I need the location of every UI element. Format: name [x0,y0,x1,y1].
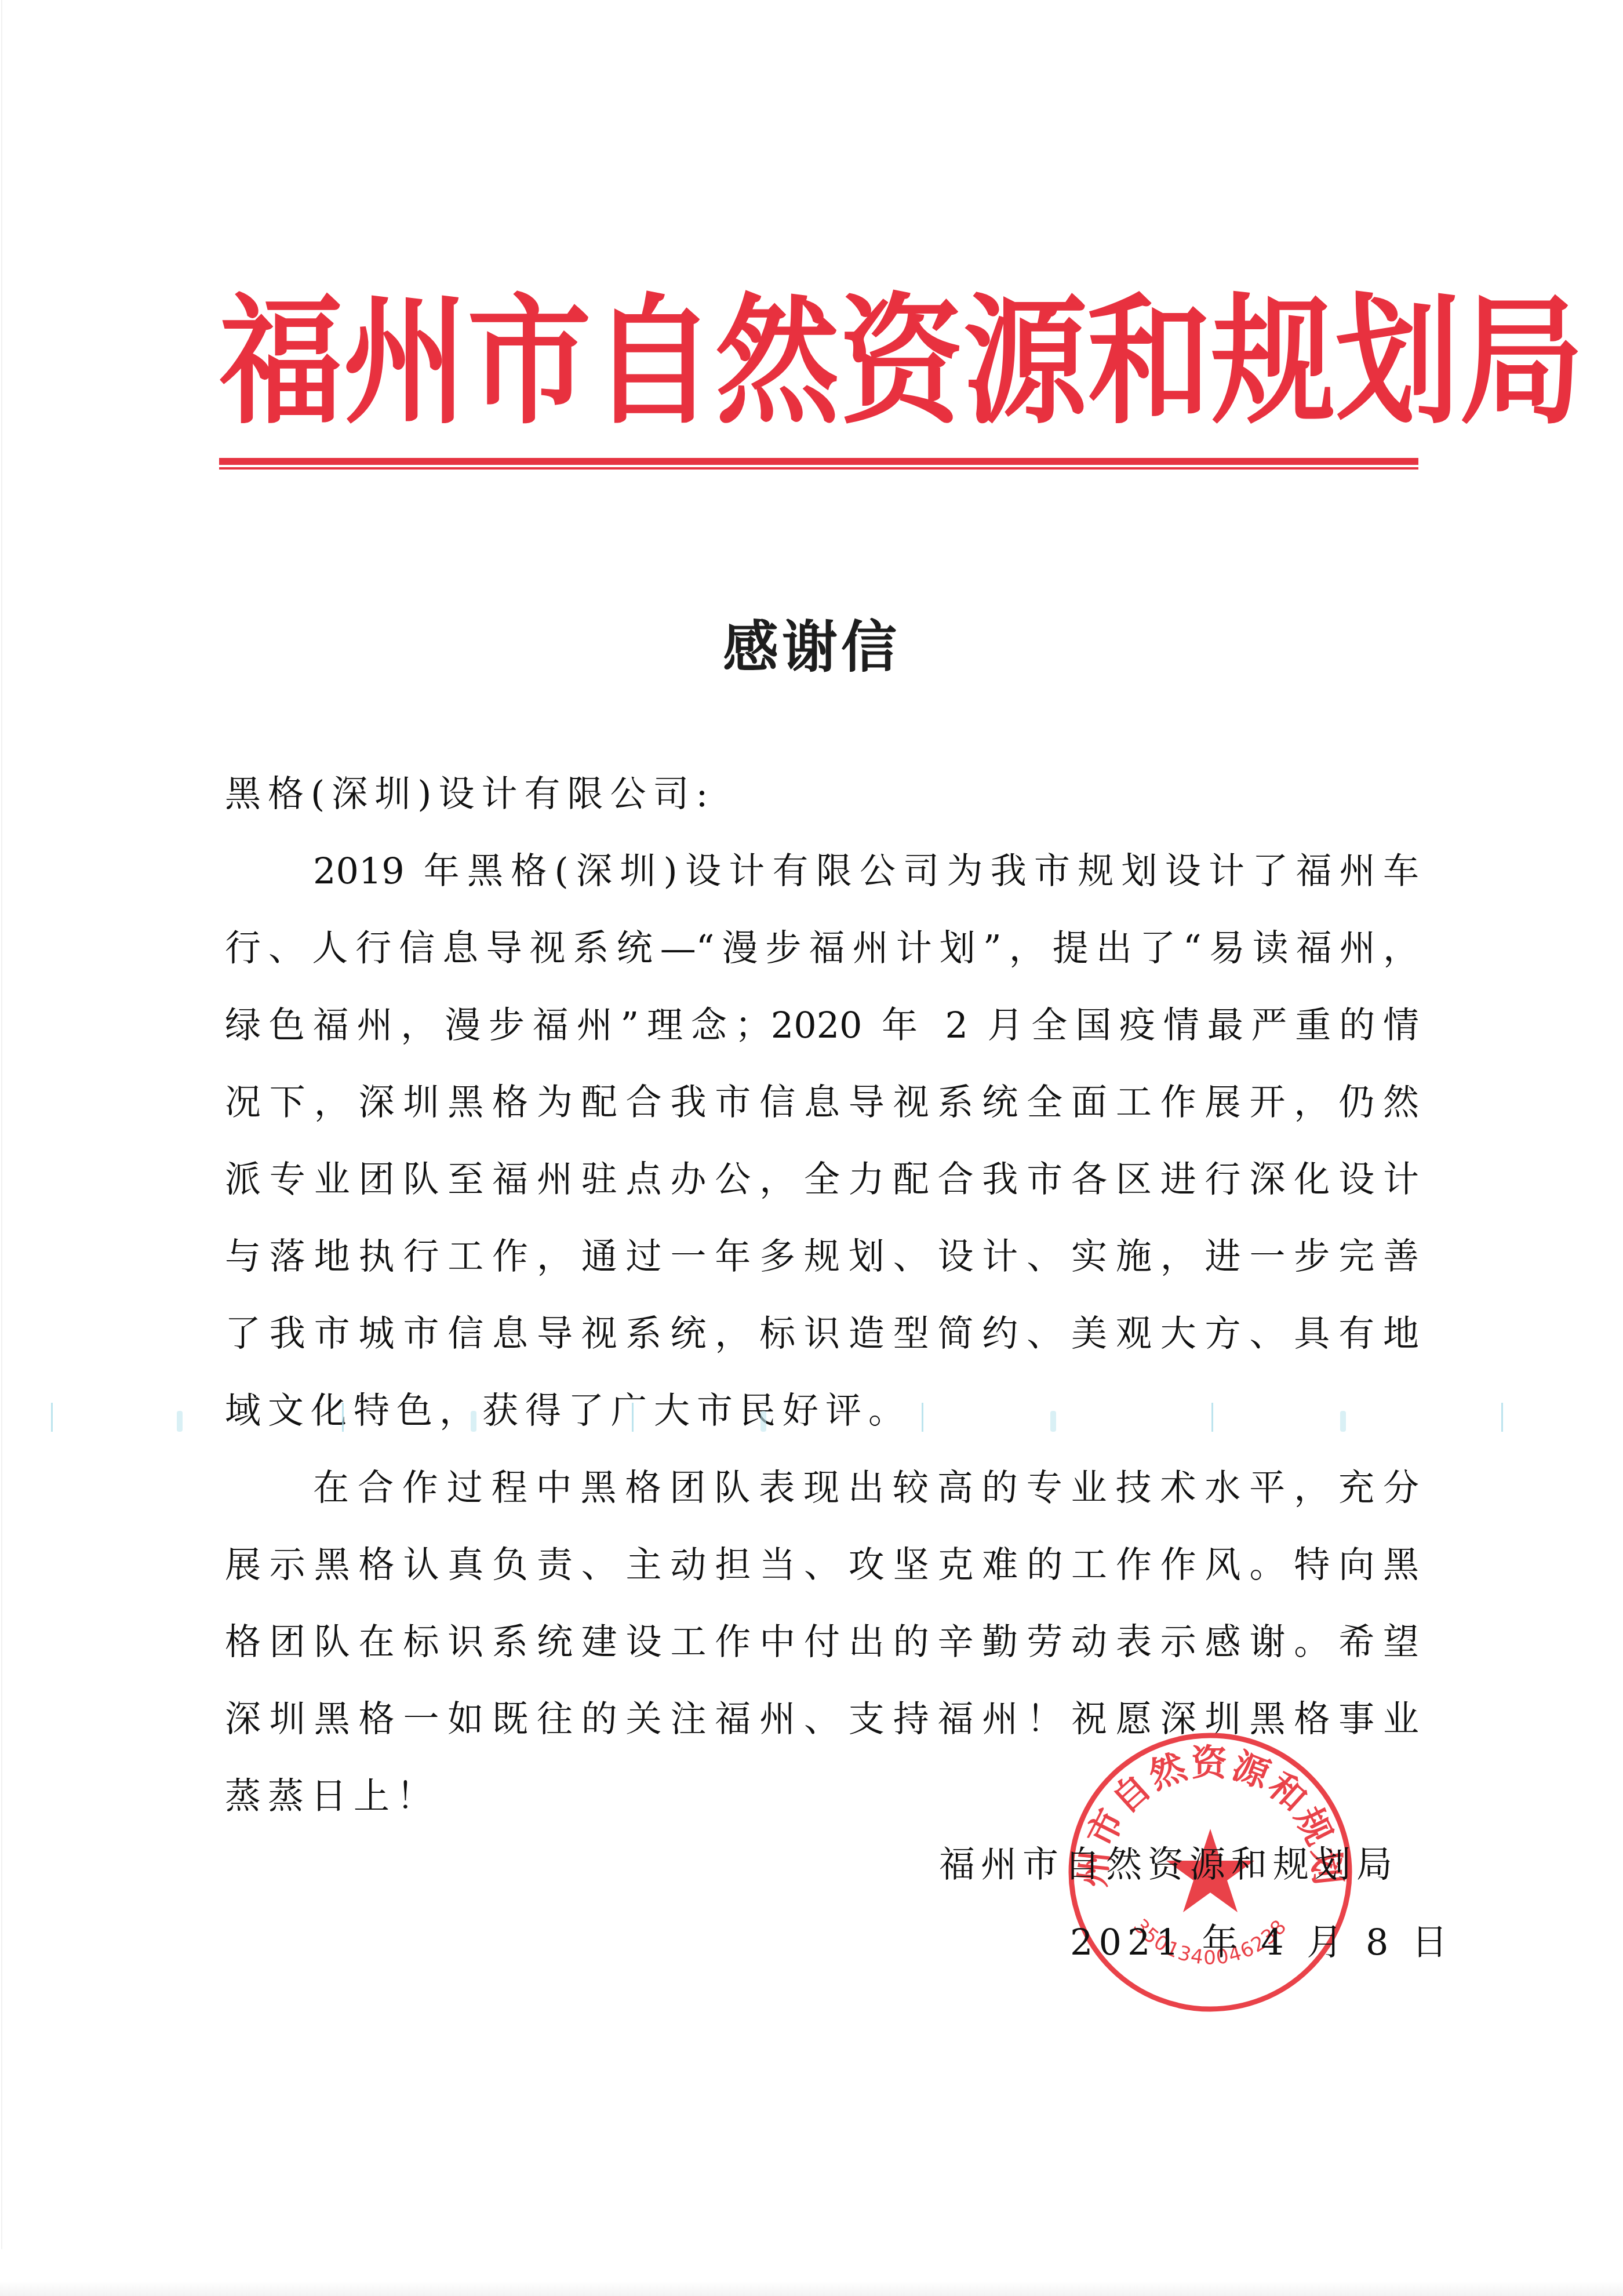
letterhead-char: 局 [1460,293,1584,432]
body-line: 蒸蒸日上！ [225,1776,439,1817]
salutation: 黑格(深圳)设计有限公司: [225,774,715,814]
body-line: 了我市城市信息导视系统，标识造型简约、美观大方、具有地 [225,1313,1419,1354]
letter-page: 福 州 市 自 然 资 源 和 规 划 局 感谢信 黑格(深圳)设计有限公司: … [0,0,1623,2296]
letterhead-rule-thin [219,467,1418,470]
body-line: 2019 年黑格(深圳)设计有限公司为我市规划设计了福州车 [313,851,1419,892]
signature-org: 福州市自然资源和规划局 [939,1844,1398,1885]
letterhead-char: 市 [467,293,591,432]
letterhead-char: 州 [343,293,467,432]
letterhead-rule-thick [219,458,1418,465]
letterhead-char: 和 [1087,293,1211,432]
letter-title: 感谢信 [0,603,1623,682]
scan-edge [1,0,2,2249]
scan-edge [0,2281,1623,2296]
body-line: 展示黑格认真负责、主动担当、攻坚克难的工作作风。特向黑 [225,1545,1419,1585]
letterhead-char: 规 [1211,293,1335,432]
body-line: 格团队在标识系统建设工作中付出的辛勤劳动表示感谢。希望 [225,1622,1419,1662]
body-line: 绿色福州，漫步福州”理念；2020 年 2 月全国疫情最严重的情 [225,1005,1419,1046]
letterhead-char: 划 [1335,293,1460,432]
signature-date: 2021 年 4 月 8 日 [1070,1922,1453,1963]
letterhead-char: 自 [591,293,715,432]
body-line: 行、人行信息导视系统—“漫步福州计划”，提出了“易读福州， [225,928,1419,969]
letterhead-char: 福 [219,293,343,432]
letterhead-title: 福 州 市 自 然 资 源 和 规 划 局 [219,290,1419,435]
letterhead-char: 源 [963,293,1087,432]
body-line: 在合作过程中黑格团队表现出较高的专业技术水平，充分 [313,1468,1419,1508]
letterhead-char: 资 [839,293,963,432]
letterhead-char: 然 [715,293,839,432]
body-line: 派专业团队至福州驻点办公，全力配合我市各区进行深化设计 [225,1159,1419,1200]
body-line: 况下，深圳黑格为配合我市信息导视系统全面工作展开，仍然 [225,1082,1419,1123]
scanner-marks [0,1403,1623,1438]
body-line: 与落地执行工作，通过一年多规划、设计、实施，进一步完善 [225,1236,1419,1277]
